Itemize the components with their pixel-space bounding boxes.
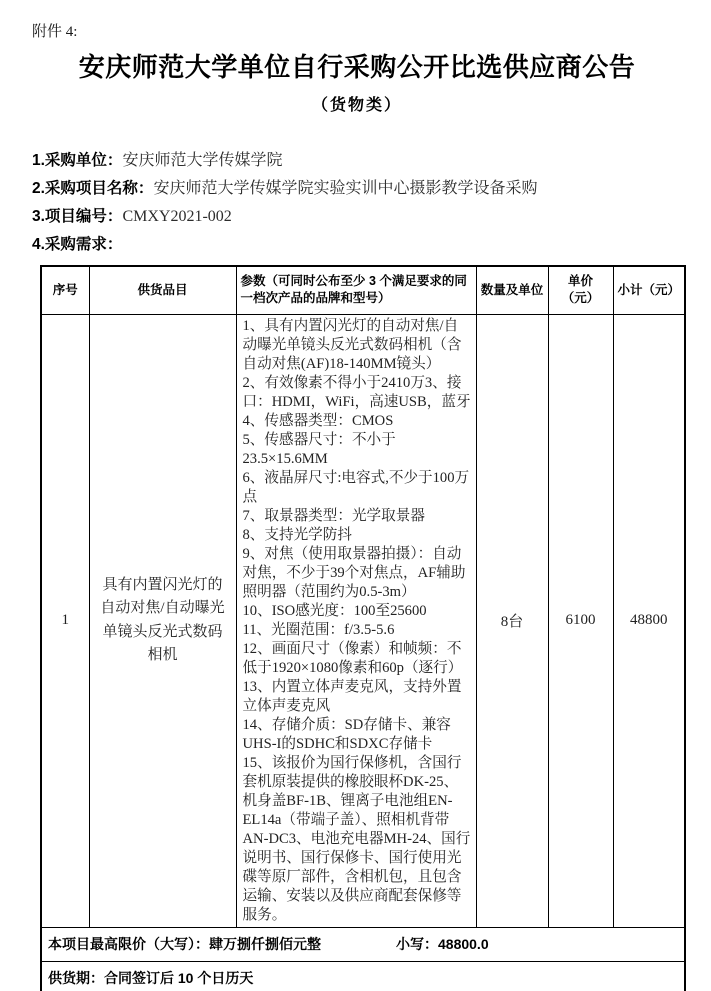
column-header-seq: 序号 <box>41 266 89 314</box>
column-header-item: 供货品目 <box>89 266 236 314</box>
param-line: 13、内置立体声麦克风，支持外置立体声麦克风 <box>243 678 472 716</box>
param-line: 8、支持光学防抖 <box>243 526 472 545</box>
requirements-table: 序号 供货品目 参数（可同时公布至少 3 个满足要求的同一档次产品的品牌和型号）… <box>40 265 686 991</box>
item-cell: 具有内置闪光灯的自动对焦/自动曝光单镜头反光式数码相机 <box>89 314 236 927</box>
seq-cell: 1 <box>41 314 89 927</box>
info-line: 3.项目编号：CMXY2021-002 <box>32 203 684 231</box>
quantity-cell: 8台 <box>476 314 548 927</box>
param-line: 15、该报价为国行保修机，含国行套机原装提供的橡胶眼杯DK-25、机身盖BF-1… <box>243 754 472 925</box>
param-line: 11、光圈范围：f/3.5-5.6 <box>243 621 472 640</box>
column-header-quantity: 数量及单位 <box>476 266 548 314</box>
info-line: 1.采购单位：安庆师范大学传媒学院 <box>32 147 684 175</box>
delivery-text: 供货期：合同签订后 10 个日历天 <box>41 961 685 991</box>
page-subtitle: （货物类） <box>30 92 684 115</box>
info-list: 1.采购单位：安庆师范大学传媒学院 2.采购项目名称：安庆师范大学传媒学院实验实… <box>32 147 684 259</box>
info-line: 4.采购需求： <box>32 231 684 259</box>
attachment-label: 附件 4: <box>32 20 684 41</box>
info-label: 4.采购需求： <box>32 236 122 253</box>
param-line: 10、ISO感光度：100至25600 <box>243 602 472 621</box>
table-row: 1 具有内置闪光灯的自动对焦/自动曝光单镜头反光式数码相机 1、具有内置闪光灯的… <box>41 314 685 927</box>
table-header-row: 序号 供货品目 参数（可同时公布至少 3 个满足要求的同一档次产品的品牌和型号）… <box>41 266 685 314</box>
param-line: 5、传感器尺寸：不小于23.5×15.6MM <box>243 431 472 469</box>
info-label: 1.采购单位： <box>32 152 122 169</box>
max-price-row: 本项目最高限价（大写）：肆万捌仟捌佰元整小写：48800.0 <box>41 927 685 961</box>
delivery-row: 供货期：合同签订后 10 个日历天 <box>41 961 685 991</box>
page-title: 安庆师范大学单位自行采购公开比选供应商公告 <box>30 47 684 84</box>
column-header-subtotal: 小计（元） <box>613 266 685 314</box>
params-cell: 1、具有内置闪光灯的自动对焦/自动曝光单镜头反光式数码相机（含自动对焦(AF)1… <box>236 314 476 927</box>
info-value: 安庆师范大学传媒学院实验实训中心摄影教学设备采购 <box>153 180 537 197</box>
param-line: 4、传感器类型：CMOS <box>243 412 472 431</box>
column-header-params: 参数（可同时公布至少 3 个满足要求的同一档次产品的品牌和型号） <box>236 266 476 314</box>
column-header-unit-price: 单价（元） <box>548 266 613 314</box>
max-price-lower: 小写：48800.0 <box>396 936 489 952</box>
document-page: 附件 4: 安庆师范大学单位自行采购公开比选供应商公告 （货物类） 1.采购单位… <box>0 0 711 991</box>
param-line: 9、对焦（使用取景器拍摄）：自动对焦，不少于39个对焦点，AF辅助照明器（范围约… <box>243 545 472 602</box>
unit-price-cell: 6100 <box>548 314 613 927</box>
param-line: 14、存储介质：SD存储卡、兼容UHS-I的SDHC和SDXC存储卡 <box>243 716 472 754</box>
info-line: 2.采购项目名称：安庆师范大学传媒学院实验实训中心摄影教学设备采购 <box>32 175 684 203</box>
param-line: 7、取景器类型：光学取景器 <box>243 507 472 526</box>
info-value: 安庆师范大学传媒学院 <box>122 152 282 169</box>
info-label: 2.采购项目名称： <box>32 180 153 197</box>
param-line: 1、具有内置闪光灯的自动对焦/自动曝光单镜头反光式数码相机（含自动对焦(AF)1… <box>243 317 472 374</box>
subtotal-cell: 48800 <box>613 314 685 927</box>
info-label: 3.项目编号： <box>32 208 122 225</box>
max-price-upper: 本项目最高限价（大写）：肆万捌仟捌佰元整 <box>48 934 396 954</box>
info-value: CMXY2021-002 <box>122 208 231 225</box>
param-line: 12、画面尺寸（像素）和帧频：不低于1920×1080像素和60p（逐行） <box>243 640 472 678</box>
param-line: 2、有效像素不得小于2410万3、接口：HDMI，WiFi，高速USB，蓝牙 <box>243 374 472 412</box>
param-line: 6、液晶屏尺寸:电容式,不少于100万点 <box>243 469 472 507</box>
